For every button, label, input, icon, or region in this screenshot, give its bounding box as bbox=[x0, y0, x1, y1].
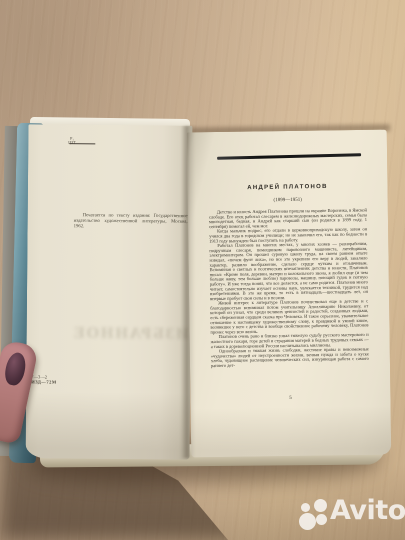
left-page: Р₁ ЦЗТ ИЗБРАННОЕ Печатается по тексту из… bbox=[26, 124, 193, 459]
print-code: 7—3—2 ИЗД—72М bbox=[31, 374, 57, 384]
right-page: АНДРЕЙ ПЛАТОНОВ (1899—1951) Детство и юн… bbox=[187, 130, 392, 458]
pencil-line bbox=[69, 143, 95, 144]
avito-logo-icon bbox=[316, 514, 327, 525]
colophon-text: Печатается по тексту издания: Государств… bbox=[74, 213, 188, 230]
avito-logo-icon bbox=[301, 503, 310, 512]
body-paragraph: Живой интерес к литературе Платонов почу… bbox=[210, 299, 368, 335]
body-paragraph: Однообразная и тяжкая жизнь слободки, же… bbox=[211, 347, 369, 368]
right-page-content: АНДРЕЙ ПЛАТОНОВ (1899—1951) Детство и юн… bbox=[187, 130, 392, 458]
book-photo: Р₁ ЦЗТ ИЗБРАННОЕ Печатается по тексту из… bbox=[0, 0, 405, 540]
thumbnail-polish bbox=[3, 351, 28, 387]
biography-text: Детство и юность Андрея Платонова прошли… bbox=[209, 208, 369, 368]
book-gutter-shadow bbox=[181, 126, 195, 458]
body-paragraph: Работал Платонов на многих местах, у мно… bbox=[209, 241, 368, 301]
avito-logo-icon bbox=[314, 499, 327, 512]
bleed-through-ghost-text: ИЗБРАННОЕ bbox=[39, 324, 189, 343]
author-name-heading: АНДРЕЙ ПЛАТОНОВ bbox=[187, 182, 387, 192]
avito-logo-icon bbox=[299, 513, 316, 530]
library-pencil-mark: Р₁ ЦЗТ bbox=[68, 137, 158, 157]
author-dates: (1899—1951) bbox=[188, 196, 388, 204]
print-code-line2: ИЗД—72М bbox=[31, 379, 56, 384]
avito-label: Avito bbox=[330, 495, 405, 526]
avito-watermark: Avito bbox=[294, 496, 398, 536]
page-number: 5 bbox=[190, 394, 390, 402]
